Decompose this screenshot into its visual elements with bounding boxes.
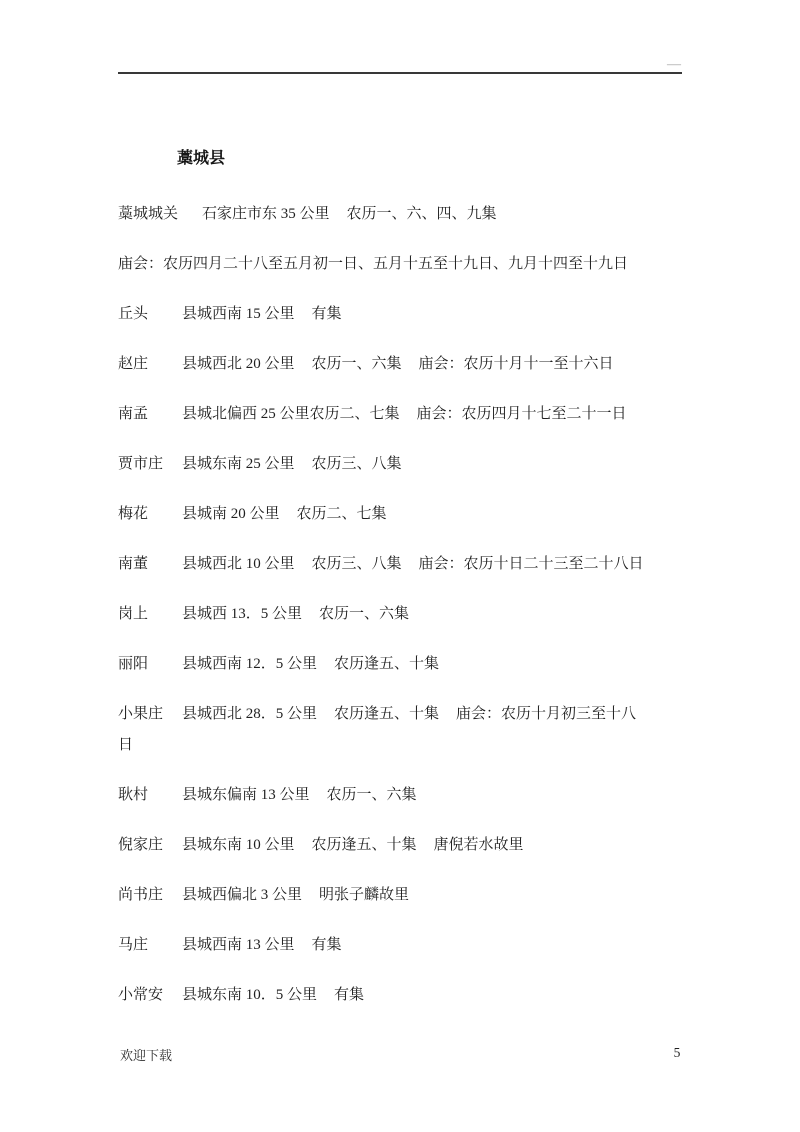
entry-market-days: 农历三、八集 <box>312 549 402 580</box>
entry-row: 耿村 县城东偏南 13 公里 农历一、六集 <box>118 780 682 811</box>
entry-market-days: 农历一、六集 <box>327 780 417 811</box>
entry-row: 梅花 县城南 20 公里 农历二、七集 <box>118 499 682 530</box>
entry-market-days: 农历逢五、十集 <box>334 649 439 680</box>
entry-row: 南孟 县城北偏西 25 公里农历二、七集 庙会：农历四月十七至二十一日 <box>118 399 682 430</box>
entry-market-days: 农历一、六、四、九集 <box>347 199 497 230</box>
entry-location: 县城北偏西 25 公里农历二、七集 <box>182 399 400 430</box>
entry-row: 马庄 县城西南 13 公里 有集 <box>118 930 682 961</box>
place-name: 倪家庄 <box>118 830 182 861</box>
entry-market-days: 农历三、八集 <box>312 449 402 480</box>
entry-location: 县城西北 10 公里 <box>182 549 295 580</box>
place-name: 丘头 <box>118 299 182 330</box>
entry-market-days: 农历逢五、十集 <box>334 699 439 730</box>
entry-row: 丘头 县城西南 15 公里 有集 <box>118 299 682 330</box>
entry-market-days: 农历一、六集 <box>312 349 402 380</box>
place-name: 岗上 <box>118 599 182 630</box>
entry-row: 尚书庄 县城西偏北 3 公里 明张子麟故里 <box>118 880 682 911</box>
entry-location: 县城西南 12．5 公里 <box>182 649 317 680</box>
entry-row: 藁城城关 石家庄市东 35 公里 农历一、六、四、九集 <box>118 199 682 230</box>
entry-location: 县城东南 10．5 公里 <box>182 980 317 1011</box>
place-name: 贾市庄 <box>118 449 182 480</box>
entry-market-days: 农历逢五、十集 <box>312 830 417 861</box>
header-rule <box>118 72 682 74</box>
place-name: 马庄 <box>118 930 182 961</box>
entry-fair-info: 庙会：农历四月十七至二十一日 <box>417 399 627 430</box>
entry-market-days: 有集 <box>312 930 342 961</box>
entry-row: 南董 县城西北 10 公里 农历三、八集 庙会：农历十日二十三至二十八日 <box>118 549 682 580</box>
entry-location: 县城西 13．5 公里 <box>182 599 302 630</box>
entry-location: 县城东南 25 公里 <box>182 449 295 480</box>
entry-row: 丽阳 县城西南 12．5 公里 农历逢五、十集 <box>118 649 682 680</box>
entry-location: 县城西南 13 公里 <box>182 930 295 961</box>
place-name: 南孟 <box>118 399 182 430</box>
entry-continuation-row: 庙会：农历四月二十八至五月初一日、五月十五至十九日、九月十四至十九日 <box>118 249 682 280</box>
place-name: 梅花 <box>118 499 182 530</box>
entry-location: 县城南 20 公里 <box>182 499 280 530</box>
entry-fair-info: 庙会：农历十月十一至十六日 <box>419 349 614 380</box>
header-dash-icon: — <box>664 58 684 72</box>
place-name: 丽阳 <box>118 649 182 680</box>
entry-fair-info-continued: 日 <box>118 730 133 761</box>
entry-location: 县城西北 28．5 公里 <box>182 699 317 730</box>
entry-row: 贾市庄 县城东南 25 公里 农历三、八集 <box>118 449 682 480</box>
footer-text: 欢迎下载 <box>120 1045 172 1064</box>
entry-location: 县城东南 10 公里 <box>182 830 295 861</box>
entry-row: 岗上 县城西 13．5 公里 农历一、六集 <box>118 599 682 630</box>
entry-note: 唐倪若水故里 <box>434 830 524 861</box>
place-name: 南董 <box>118 549 182 580</box>
entry-row: 小常安 县城东南 10．5 公里 有集 <box>118 980 682 1011</box>
entry-row: 赵庄 县城西北 20 公里 农历一、六集 庙会：农历十月十一至十六日 <box>118 349 682 380</box>
document-body: 藁城县 藁城城关 石家庄市东 35 公里 农历一、六、四、九集 庙会：农历四月二… <box>118 143 682 1030</box>
section-title: 藁城县 <box>177 143 682 174</box>
entry-note: 明张子麟故里 <box>319 880 409 911</box>
page-number: 5 <box>670 1045 684 1061</box>
entry-row: 倪家庄 县城东南 10 公里 农历逢五、十集 唐倪若水故里 <box>118 830 682 861</box>
entry-location: 石家庄市东 35 公里 <box>202 199 330 230</box>
entry-market-days: 有集 <box>312 299 342 330</box>
place-name: 藁城城关 <box>118 199 182 230</box>
place-name: 小常安 <box>118 980 182 1011</box>
document-page: — 藁城县 藁城城关 石家庄市东 35 公里 农历一、六、四、九集 庙会：农历四… <box>0 0 800 1132</box>
place-name: 赵庄 <box>118 349 182 380</box>
place-name: 耿村 <box>118 780 182 811</box>
entry-fair-info: 庙会：农历四月二十八至五月初一日、五月十五至十九日、九月十四至十九日 <box>118 249 628 280</box>
place-name: 小果庄 <box>118 699 182 730</box>
entry-market-days: 有集 <box>334 980 364 1011</box>
entry-market-days: 农历二、七集 <box>297 499 387 530</box>
entry-continuation-row: 日 <box>118 730 682 761</box>
place-name: 尚书庄 <box>118 880 182 911</box>
entry-row: 小果庄 县城西北 28．5 公里 农历逢五、十集 庙会：农历十月初三至十八 <box>118 699 682 730</box>
entry-fair-info: 庙会：农历十月初三至十八 <box>456 699 636 730</box>
entry-location: 县城东偏南 13 公里 <box>182 780 310 811</box>
entry-location: 县城西偏北 3 公里 <box>182 880 302 911</box>
entry-market-days: 农历一、六集 <box>319 599 409 630</box>
entry-fair-info: 庙会：农历十日二十三至二十八日 <box>419 549 644 580</box>
entry-location: 县城西北 20 公里 <box>182 349 295 380</box>
entry-location: 县城西南 15 公里 <box>182 299 295 330</box>
